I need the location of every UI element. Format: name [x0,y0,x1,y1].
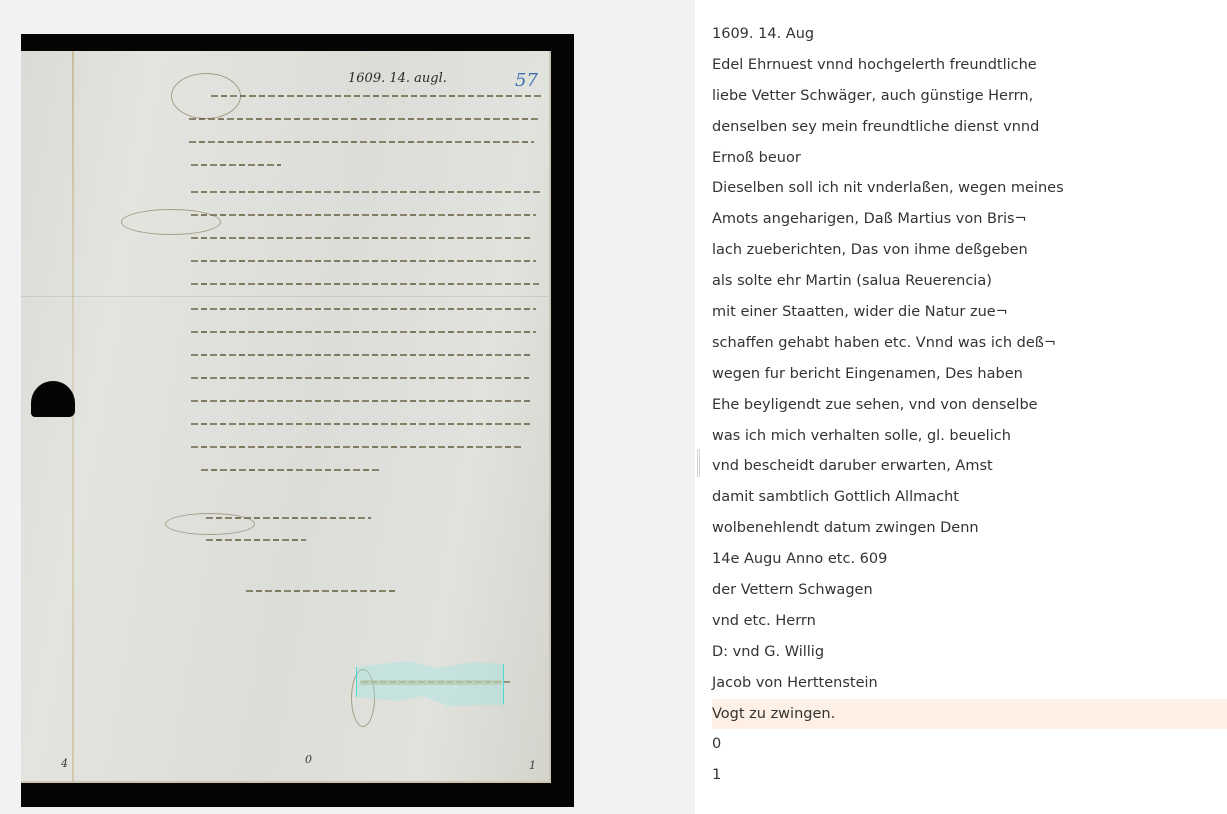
seal-hole [31,381,75,417]
handwriting-line [191,331,536,333]
handwriting-line [191,164,281,166]
transcript-line[interactable]: liebe Vetter Schwäger, auch günstige Her… [712,81,1227,112]
transcript-line[interactable]: Amots angeharigen, Daß Martius von Bris¬ [712,204,1227,235]
transcript-line[interactable]: wegen fur bericht Eingenamen, Des haben [712,359,1227,390]
handwriting-line [201,469,381,471]
transcript-line[interactable]: Dieselben soll ich nit vnderlaßen, wegen… [712,173,1227,204]
transcript-line[interactable]: D: vnd G. Willig [712,637,1227,668]
handwriting-line [211,95,541,97]
transcript-line[interactable]: lach zueberichten, Das von ihme deßgeben [712,235,1227,266]
transcript-line[interactable]: 14e Augu Anno etc. 609 [712,544,1227,575]
splitter-grip-handle[interactable] [697,449,700,477]
transcript-line[interactable]: Ernoß beuor [712,143,1227,174]
handwriting-line [191,377,529,379]
transcript-line[interactable]: 1609. 14. Aug [712,19,1227,50]
handwriting-line [206,539,306,541]
handwriting-line [189,118,539,120]
transcript-line[interactable]: Jacob von Herttenstein [712,668,1227,699]
transcript-line[interactable]: vnd bescheidt daruber erwarten, Amst [712,451,1227,482]
transcript-line[interactable]: schaffen gehabt haben etc. Vnnd was ich … [712,328,1227,359]
handwriting-line [246,590,396,592]
handwriting-line [191,308,536,310]
handwriting-line [191,400,531,402]
transcription-panel: 1609. 14. Aug Edel Ehrnuest vnnd hochgel… [712,19,1227,791]
corner-mark-center: 0 [305,753,312,766]
handwriting-line [191,354,531,356]
manuscript-date-note: 1609. 14. augl. [348,71,447,86]
transcript-line[interactable]: 1 [712,760,1227,791]
transcript-line[interactable]: 0 [712,729,1227,760]
corner-mark-right: 1 [529,759,536,772]
handwriting-line [191,260,536,262]
image-viewer[interactable]: 1609. 14. augl. 57 [0,0,695,814]
transcript-line[interactable]: wolbenehlendt datum zwingen Denn [712,513,1227,544]
transcript-line[interactable]: Edel Ehrnuest vnnd hochgelerth freundtli… [712,50,1227,81]
transcript-line-active[interactable]: Vogt zu zwingen. [712,699,1227,730]
corner-mark-left: 4 [61,757,68,770]
handwriting-line [189,141,534,143]
handwriting-line [191,191,541,193]
transcript-line[interactable]: damit sambtlich Gottlich Allmacht [712,482,1227,513]
handwriting-line [206,517,371,519]
handwriting-line [191,237,531,239]
folio-number: 57 [515,70,538,91]
transcript-line[interactable]: was ich mich verhalten solle, gl. beueli… [712,421,1227,452]
handwriting-line [191,214,536,216]
handwriting-flourish [121,209,221,235]
transcript-line[interactable]: vnd etc. Herrn [712,606,1227,637]
transcript-line[interactable]: Ehe beyligendt zue sehen, vnd von densel… [712,390,1227,421]
transcript-line[interactable]: mit einer Staatten, wider die Natur zue¬ [712,297,1227,328]
transcript-line[interactable]: der Vettern Schwagen [712,575,1227,606]
handwriting-line [191,423,531,425]
transcript-line[interactable]: denselben sey mein freundtliche dienst v… [712,112,1227,143]
transcript-line[interactable]: als solte ehr Martin (salua Reuerencia) [712,266,1227,297]
pane-splitter[interactable] [695,0,699,814]
handwriting-line [191,283,539,285]
handwriting-line [191,446,521,448]
